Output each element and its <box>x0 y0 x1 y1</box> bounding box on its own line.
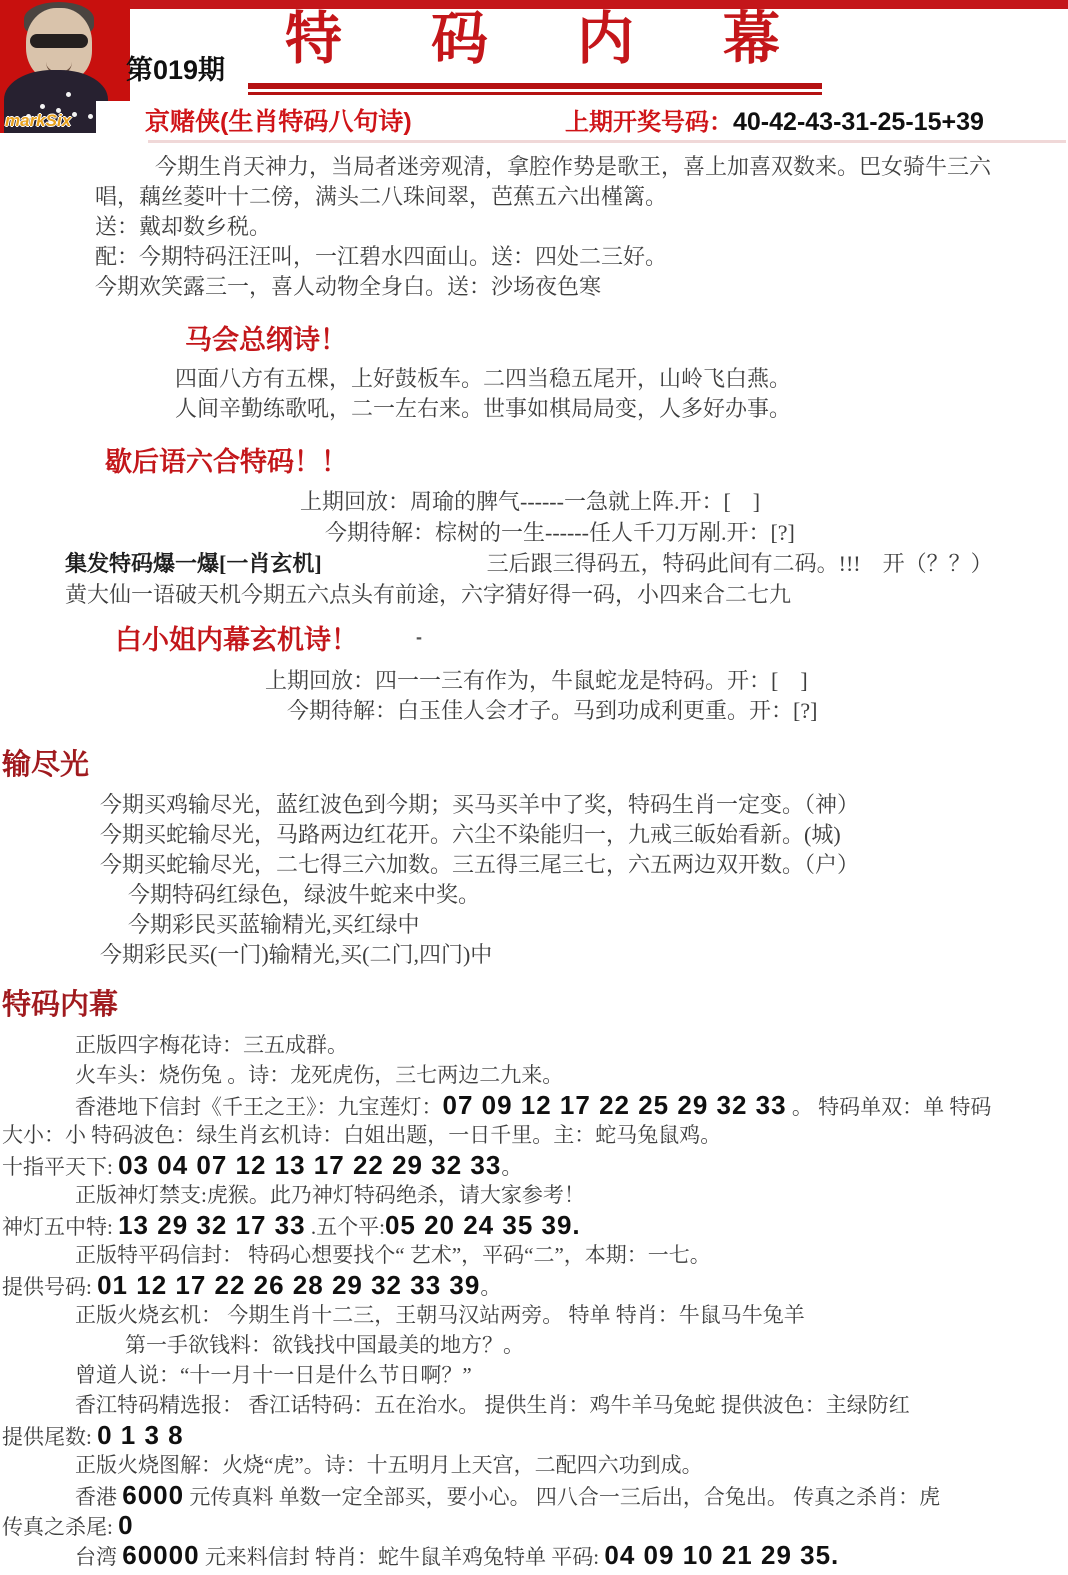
page-title: 特 码 内 幕 <box>285 4 796 76</box>
insider-line: 正版特平码信封： 特码心想要找个“ 艺术”，平码“二”，本期：一七。 <box>0 1240 1068 1270</box>
poem-line: 今期欢笑露三一，喜人动物全身白。送：沙场夜色寒 <box>0 272 1068 302</box>
issue-number: 第019期 <box>126 48 225 87</box>
text-line: 上期回放：周瑜的脾气------一急就上阵.开：[ ] <box>0 486 1068 517</box>
text-line: 今期买鸡输尽光，蓝红波色到今期；买马买羊中了奖，特码生肖一定变。（神） <box>0 790 1068 820</box>
jingduxia-heading: 京赌侠(生肖特码八句诗) <box>145 102 412 138</box>
insider-line: 香江特码精选报： 香江话特码：五在治水。 提供生肖：鸡牛羊马兔蛇 提供波色：主绿… <box>0 1390 1068 1420</box>
text-line: 今期待解：棕树的一生------任人千刀万剐.开：[?] <box>0 517 1068 548</box>
text-line: 今期买蛇输尽光，二七得三六加数。三五得三尾三七，六五两边双开数。（户） <box>0 850 1068 880</box>
insider-line: 正版火烧玄机： 今期生肖十二三，王朝马汉站两旁。 特单 特肖：牛鼠马牛兔羊 <box>0 1300 1068 1330</box>
insider-line: 提供号码: 01 12 17 22 26 28 29 32 33 39。 <box>0 1270 1068 1300</box>
title-underline-thin <box>248 92 822 95</box>
insider-line: 正版四字梅花诗：三五成群。 <box>0 1030 1068 1060</box>
baixiaojie-section: 上期回放：四一一三有作为，牛鼠蛇龙是特码。开：[ ] 今期待解：白玉佳人会才子。… <box>0 666 1068 726</box>
poem-line: 今期生肖天神力，当局者迷旁观清，拿腔作势是歌王，喜上加喜双数来。巴女骑牛三六 <box>0 152 1068 182</box>
text-line: 黄大仙一语破天机今期五六点头有前途，六字猜好得一码，小四来合二七九 <box>0 579 1068 610</box>
masthead-subrow: 京赌侠(生肖特码八句诗) 上期开奖号码：40-42-43-31-25-15+39 <box>0 102 1068 136</box>
text-line: 今期彩民买蓝输精光,买红绿中 <box>0 910 1068 940</box>
last-draw-numbers: 上期开奖号码：40-42-43-31-25-15+39 <box>565 102 984 137</box>
title-underline-thick <box>248 83 822 89</box>
faint-divider <box>148 140 1066 143</box>
mahui-poem: 四面八方有五棵，上好鼓板车。二四当稳五尾开，山岭飞白燕。 人间辛勤练歌吼，二一左… <box>0 364 1068 424</box>
poem-line: 配：今期特码汪汪叫，一江碧水四面山。送：四处二三好。 <box>0 242 1068 272</box>
text-line: 今期买蛇输尽光，马路两边红花开。六尘不染能归一，九戒三皈始看新。(城) <box>0 820 1068 850</box>
sunglasses-icon <box>30 34 88 48</box>
shujinguang-section: 今期买鸡输尽光，蓝红波色到今期；买马买羊中了奖，特码生肖一定变。（神） 今期买蛇… <box>0 790 1068 970</box>
poem-line: 人间辛勤练歌吼，二一左右来。世事如棋局局变，人多好办事。 <box>0 394 1068 424</box>
insider-line: 曾道人说：“十一月十一日是什么节日啊？” <box>0 1360 1068 1390</box>
insider-line: 传真之杀尾: 0 <box>0 1510 1068 1540</box>
insider-line: 香港地下信封《千王之王》：九宝莲灯：07 09 12 17 22 25 29 3… <box>0 1090 1068 1120</box>
heading-text: 白小姐内幕玄机诗！ <box>115 625 358 655</box>
text-line: 今期待解：白玉佳人会才子。马到功成利更重。开：[?] <box>0 696 1068 726</box>
section-heading-baixiaojie: 白小姐内幕玄机诗！- <box>115 618 422 657</box>
poem-line: 唱，藕丝菱叶十二傍，满头二八珠间翠，芭蕉五六出槿篱。 <box>0 182 1068 212</box>
insider-line: 第一手欲钱料：欲钱找中国最美的地方？。 <box>0 1330 1068 1360</box>
insider-line: 香港 6000 元传真料 单数一定全部买，要小心。 四八合一三后出，合兔出。 传… <box>0 1480 1068 1510</box>
heading-dash: - <box>416 627 422 647</box>
section-heading-xiehouyu: 歇后语六合特码！！ <box>105 440 348 479</box>
text-line: 今期彩民买(一门)输精光,买(二门,四门)中 <box>0 940 1068 970</box>
insider-line: 正版火烧图解：火烧“虎”。诗：十五明月上天宫，二配四六功到成。 <box>0 1450 1068 1480</box>
insider-line: 提供尾数: 0 1 3 8 <box>0 1420 1068 1450</box>
insider-line: 十指平天下: 03 04 07 12 13 17 22 29 32 33。 <box>0 1150 1068 1180</box>
insider-line: 大小：小 特码波色：绿生肖玄机诗：白姐出题，一日千里。主：蛇马兔鼠鸡。 <box>0 1120 1068 1150</box>
poem-line: 四面八方有五棵，上好鼓板车。二四当稳五尾开，山岭飞白燕。 <box>0 364 1068 394</box>
xiehouyu-section: 上期回放：周瑜的脾气------一急就上阵.开：[ ] 今期待解：棕树的一生--… <box>0 486 1068 610</box>
section-heading-shujinguang: 输尽光 <box>2 742 89 783</box>
insider-line: 神灯五中特: 13 29 32 17 33 .五个平:05 20 24 35 3… <box>0 1210 1068 1240</box>
poem-line: 送：戴却数乡税。 <box>0 212 1068 242</box>
zodiac-poem-section: 今期生肖天神力，当局者迷旁观清，拿腔作势是歌王，喜上加喜双数来。巴女骑牛三六 唱… <box>0 152 1068 302</box>
tip-sheet-page: { "masthead": { "issue": "第019期", "title… <box>0 0 1068 1575</box>
insider-line: 台湾 60000 元来料信封 特肖：蛇牛鼠羊鸡兔特单 平码: 04 09 10 … <box>0 1540 1068 1570</box>
section-heading-mahui: 马会总纲诗！ <box>185 318 347 357</box>
text-line: 今期特码红绿色，绿波牛蛇来中奖。 <box>0 880 1068 910</box>
section-heading-neimu: 特码内幕 <box>2 982 118 1023</box>
insider-line: 火车头：烧伤兔 。诗：龙死虎伤，三七两边二九来。 <box>0 1060 1068 1090</box>
neimu-section: 正版四字梅花诗：三五成群。 火车头：烧伤兔 。诗：龙死虎伤，三七两边二九来。 香… <box>0 1030 1068 1570</box>
text-line: 集发特码爆一爆[一肖玄机]三后跟三得码五，特码此间有二码。!!! 开（？？） <box>0 548 1068 579</box>
text-line: 上期回放：四一一三有作为，牛鼠蛇龙是特码。开：[ ] <box>0 666 1068 696</box>
insider-line: 正版神灯禁支:虎猴。此乃神灯特码绝杀，请大家参考！ <box>0 1180 1068 1210</box>
